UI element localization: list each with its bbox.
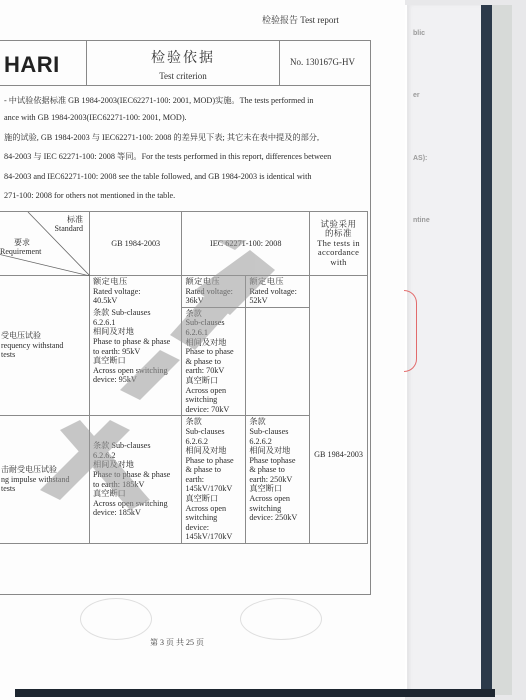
- cell-line: Across open: [185, 386, 242, 396]
- cell-line: device: 70kV: [185, 405, 242, 415]
- cell-line: & phase to: [249, 465, 306, 475]
- cell-line: 真空断口: [249, 484, 306, 494]
- paragraph-line: 84-2003 与 IEC 62271-100: 2008 等同。For the…: [4, 153, 369, 161]
- company-logo: HARI: [4, 52, 60, 78]
- cell-line: Phase to phase: [185, 347, 242, 357]
- cell-line: 条款 Sub-clauses: [93, 441, 178, 451]
- rv-en: Rated voltage:: [93, 287, 178, 297]
- cell-line: Across open: [185, 504, 242, 514]
- header-gb: GB 1984-2003: [89, 212, 181, 276]
- adjacent-text: AS):: [413, 155, 427, 162]
- cell-line: switching: [185, 395, 242, 405]
- requirement-en: Requirement: [0, 247, 41, 256]
- req-en: tests: [1, 350, 86, 360]
- req-en: ng impulse withstand: [1, 475, 86, 485]
- cell-line: & phase to: [185, 357, 242, 367]
- cell-line: 条款: [249, 417, 306, 427]
- cell-line: Sub-clauses: [185, 318, 242, 328]
- cell-line: device: 95kV: [93, 375, 178, 385]
- req-cn: 击耐受电压试验: [1, 465, 86, 475]
- req-cell-lightning-impulse: 击耐受电压试验 ng impulse withstand tests: [0, 416, 89, 544]
- report-number: No. 130167G-HV: [290, 57, 355, 67]
- cell-line: 145kV/170kV: [185, 532, 242, 542]
- rated-voltage-row: 受电压试验 requency withstand tests 额定电压 Rate…: [0, 276, 368, 308]
- signature-stamp-area: [20, 598, 370, 642]
- paragraph-line: ance with GB 1984-2003(IEC62271-100: 200…: [4, 114, 369, 122]
- cell-line: 6.2.6.1: [185, 328, 242, 338]
- cell-line: 相间及对地: [93, 327, 178, 337]
- cell-line: Across open switching: [93, 499, 178, 509]
- cell-line: earth:: [185, 475, 242, 485]
- header-accordance: 试验采用 的标准 The tests in accordance with: [310, 212, 368, 276]
- standard-label: 标准 Standard: [55, 215, 83, 233]
- cell-line: 相间及对地: [185, 446, 242, 456]
- rv-en: Rated voltage:: [249, 287, 306, 297]
- cell-line: 条款: [185, 417, 242, 427]
- rv-val: 40.5kV: [93, 296, 178, 306]
- cell-line: device: 185kV: [93, 508, 178, 518]
- accordance-en: The tests in accordance with: [313, 239, 364, 268]
- standard-en: Standard: [55, 224, 83, 233]
- cell-line: 真空断口: [185, 376, 242, 386]
- iec-a-li-cell: 条款Sub-clauses6.2.6.2相间及对地Phase to phase&…: [182, 416, 246, 544]
- cell-line: 145kV/170kV: [185, 484, 242, 494]
- binder-edge: [492, 5, 512, 695]
- title-cell: 检验依据 Test criterion: [86, 41, 280, 85]
- title-cn: 检验依据: [87, 47, 279, 67]
- paragraph-line: - 中试验依据标准 GB 1984-2003(IEC62271-100: 200…: [4, 97, 369, 105]
- cell-line: Sub-clauses: [249, 427, 306, 437]
- cell-line: 条款 Sub-clauses: [93, 308, 178, 318]
- diagonal-header-cell: 标准 Standard 要求 Requirement: [0, 212, 89, 276]
- adjacent-text: er: [413, 92, 420, 99]
- binder-spine: [481, 5, 492, 695]
- binder-bottom-edge: [15, 689, 495, 697]
- seal-icon: [80, 598, 152, 640]
- cell-lines: 条款Sub-clauses6.2.6.1相间及对地Phase to phase&…: [185, 309, 242, 415]
- table-header-row: 标准 Standard 要求 Requirement GB 1984-2003 …: [0, 212, 368, 276]
- cell-line: Phase tophase: [249, 456, 306, 466]
- iec-rated-voltage-b: 额定电压 Rated voltage: 52kV: [246, 276, 310, 308]
- cell-line: 真空断口: [93, 356, 178, 366]
- cell-line: 相间及对地: [249, 446, 306, 456]
- red-stamp-icon: [404, 290, 417, 372]
- adjacent-text: blic: [413, 30, 425, 37]
- iec-rated-voltage-a: 额定电压 Rated voltage: 36kV: [182, 276, 246, 308]
- requirement-cn: 要求: [0, 238, 41, 247]
- rv-cn: 额定电压: [249, 277, 306, 287]
- iec-a-pf-cell: 条款Sub-clauses6.2.6.1相间及对地Phase to phase&…: [182, 307, 246, 416]
- rv-val: 52kV: [249, 296, 306, 306]
- paragraph-line: 施的试验, GB 1984-2003 与 IEC62271-100: 2008 …: [4, 134, 369, 142]
- gb-li-cell: 条款 Sub-clauses6.2.6.2相间及对地Phase to phase…: [89, 416, 181, 544]
- cell-line: earth: 70kV: [185, 366, 242, 376]
- cell-line: 真空断口: [93, 489, 178, 499]
- cell-line: device: 250kV: [249, 513, 306, 523]
- req-cn: 受电压试验: [1, 331, 86, 341]
- header-iec: IEC 62271-100: 2008: [182, 212, 310, 276]
- cell-line: Phase to phase & phase: [93, 337, 178, 347]
- cell-lines: 条款 Sub-clauses6.2.6.1相间及对地Phase to phase…: [93, 308, 178, 385]
- document-page: 检验报告 Test report HARI 检验依据 Test criterio…: [0, 0, 405, 700]
- cell-line: 相间及对地: [185, 338, 242, 348]
- cell-line: 条款: [185, 309, 242, 319]
- cell-line: switching: [185, 513, 242, 523]
- cell-line: Phase to phase & phase: [93, 470, 178, 480]
- gb-rated-voltage: 额定电压 Rated voltage: 40.5kV: [89, 276, 181, 308]
- comparison-table: 标准 Standard 要求 Requirement GB 1984-2003 …: [0, 211, 368, 544]
- requirement-label: 要求 Requirement: [0, 238, 41, 256]
- cell-line: & phase to: [185, 465, 242, 475]
- page-indicator: 第 3 页 共 25 页: [150, 637, 204, 648]
- rv-en: Rated voltage:: [185, 287, 242, 297]
- cell-line: 6.2.6.2: [249, 437, 306, 447]
- cell-line: 6.2.6.2: [185, 437, 242, 447]
- cell-lines: 条款 Sub-clauses6.2.6.2相间及对地Phase to phase…: [93, 441, 178, 518]
- paragraph-line: 271-100: 2008 for others not mentioned i…: [4, 192, 369, 200]
- cell-line: to earth: 95kV: [93, 347, 178, 357]
- paragraph-line: 84-2003 and IEC62271-100: 2008 see the t…: [4, 173, 369, 181]
- req-cell-power-frequency: 受电压试验 requency withstand tests: [0, 276, 89, 416]
- cell-line: device:: [185, 523, 242, 533]
- accordance-value: GB 1984-2003: [310, 276, 368, 544]
- iec-b-pf-cell: [246, 307, 310, 416]
- rv-cn: 额定电压: [93, 277, 178, 287]
- rv-cn: 额定电压: [185, 277, 242, 287]
- report-frame: HARI 检验依据 Test criterion No. 130167G-HV …: [0, 40, 371, 595]
- seal-icon: [240, 598, 322, 640]
- adjacent-text: ntine: [413, 217, 430, 224]
- gb-pf-cell: 条款 Sub-clauses6.2.6.1相间及对地Phase to phase…: [89, 307, 181, 416]
- cell-line: Sub-clauses: [185, 427, 242, 437]
- req-en: requency withstand: [1, 341, 86, 351]
- cell-line: Across open: [249, 494, 306, 504]
- cell-line: switching: [249, 504, 306, 514]
- cell-line: 相间及对地: [93, 460, 178, 470]
- rv-val: 36kV: [185, 296, 242, 306]
- cell-line: 真空断口: [185, 494, 242, 504]
- req-en: tests: [1, 484, 86, 494]
- title-en: Test criterion: [87, 71, 279, 81]
- cell-line: Phase to phase: [185, 456, 242, 466]
- report-label: 检验报告 Test report: [262, 13, 339, 26]
- standard-cn: 标准: [55, 215, 83, 224]
- cell-lines: 条款Sub-clauses6.2.6.2相间及对地Phase tophase& …: [249, 417, 306, 523]
- title-row: HARI 检验依据 Test criterion No. 130167G-HV: [0, 41, 370, 86]
- cell-lines: 条款Sub-clauses6.2.6.2相间及对地Phase to phase&…: [185, 417, 242, 542]
- accordance-text: GB 1984-2003: [313, 360, 364, 460]
- cell-line: Across open switching: [93, 366, 178, 376]
- cell-line: to earth: 185kV: [93, 480, 178, 490]
- iec-b-li-cell: 条款Sub-clauses6.2.6.2相间及对地Phase tophase& …: [246, 416, 310, 544]
